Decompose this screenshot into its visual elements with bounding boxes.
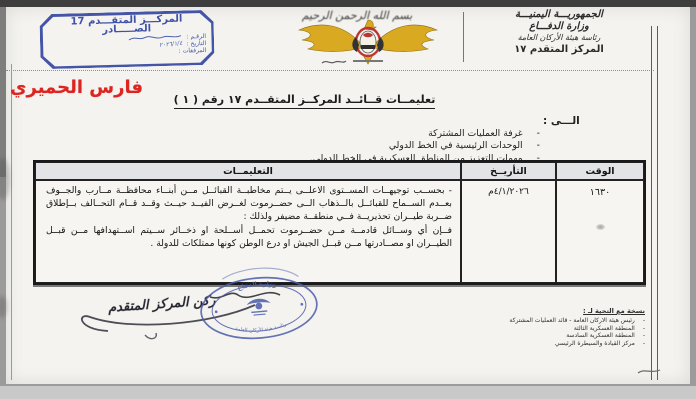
page-border-right-outer (651, 26, 652, 380)
distribution-heading: نسخة مع التحية لـ : (415, 307, 645, 315)
outgoing-registry-stamp: المركـــز المتقـــدم 17 الصـــــادر الرق… (39, 10, 214, 70)
addressee-item: غرفة العمليات المشتركة (85, 128, 540, 140)
scanned-document: المركـــز المتقـــدم 17 الصـــــادر الرق… (0, 0, 696, 399)
handwritten-mark-scribble (320, 57, 348, 67)
round-stamp-bottom-text: رئاسة هيئة الأركان العامة (234, 321, 288, 336)
instructions-table: الوقت التأريــخ التعليمــات ١٦٣٠ ٤/١/٢٠٢… (33, 160, 646, 285)
letterhead-ministry: وزارة الدفـــاع (468, 21, 650, 33)
red-name-watermark: فارس الحميري (10, 77, 143, 98)
distribution-item: مركز القيادة والسيطرة الرئيسي (415, 340, 645, 348)
instructions-paragraph: - بحســب توجيهــات المســتوى الاعلــى يـ… (46, 184, 452, 223)
col-header-date: التأريــخ (461, 162, 556, 180)
corner-mark-scribble (636, 366, 662, 376)
official-round-stamp: وزارة الدفاع رئاسة هيئة الأركان العامة (183, 264, 335, 346)
addressee-item: الوحدات الرئيسية في الخط الدولي (85, 140, 540, 152)
to-label: الـــى : (543, 115, 580, 127)
scan-edge-left (0, 7, 6, 177)
page-border-left (11, 64, 12, 380)
scan-edge-bottom (0, 386, 696, 399)
yemen-national-emblem-icon (293, 17, 443, 65)
letterhead-republic: الجمهوريـــة اليمنيـــة (468, 9, 650, 21)
ink-smudge (596, 224, 605, 230)
dotted-divider (6, 70, 654, 71)
col-header-instructions: التعليمــات (35, 162, 461, 180)
svg-text:رئاسة هيئة الأركان العامة: رئاسة هيئة الأركان العامة (234, 321, 288, 336)
distribution-list: نسخة مع التحية لـ : رئيس هيئة الاركان ال… (415, 307, 645, 347)
document-title: تعليمــات قــائــد المركــز المتقــدم ١٧… (172, 93, 437, 106)
distribution-item: رئيس هيئة الاركان العامة - قائد العمليات… (415, 317, 645, 325)
col-header-time: الوقت (556, 162, 644, 180)
letterhead-general-staff: رئاسة هيئة الأركان العامة (468, 33, 650, 43)
distribution-item: المنطقة العسكرية السادسة (415, 332, 645, 340)
letterhead: الجمهوريـــة اليمنيـــة وزارة الدفـــاع … (468, 9, 650, 56)
distribution-item: المنطقة العسكرية الثالثة (415, 325, 645, 333)
header-separator-line (463, 12, 464, 62)
stamp-attachments-label: المرفقات : (179, 47, 207, 55)
page-border-right-inner (657, 26, 658, 380)
letterhead-unit: المركز المتقدم ١٧ (468, 43, 650, 56)
cell-date: ٤/١/٢٠٢٦م (461, 180, 556, 283)
instructions-paragraph: فــإن أي وســائل قادمــة مــن حضــرموت ت… (46, 224, 452, 250)
scan-edge-top (0, 0, 696, 7)
cell-time: ١٦٣٠ (556, 180, 644, 283)
